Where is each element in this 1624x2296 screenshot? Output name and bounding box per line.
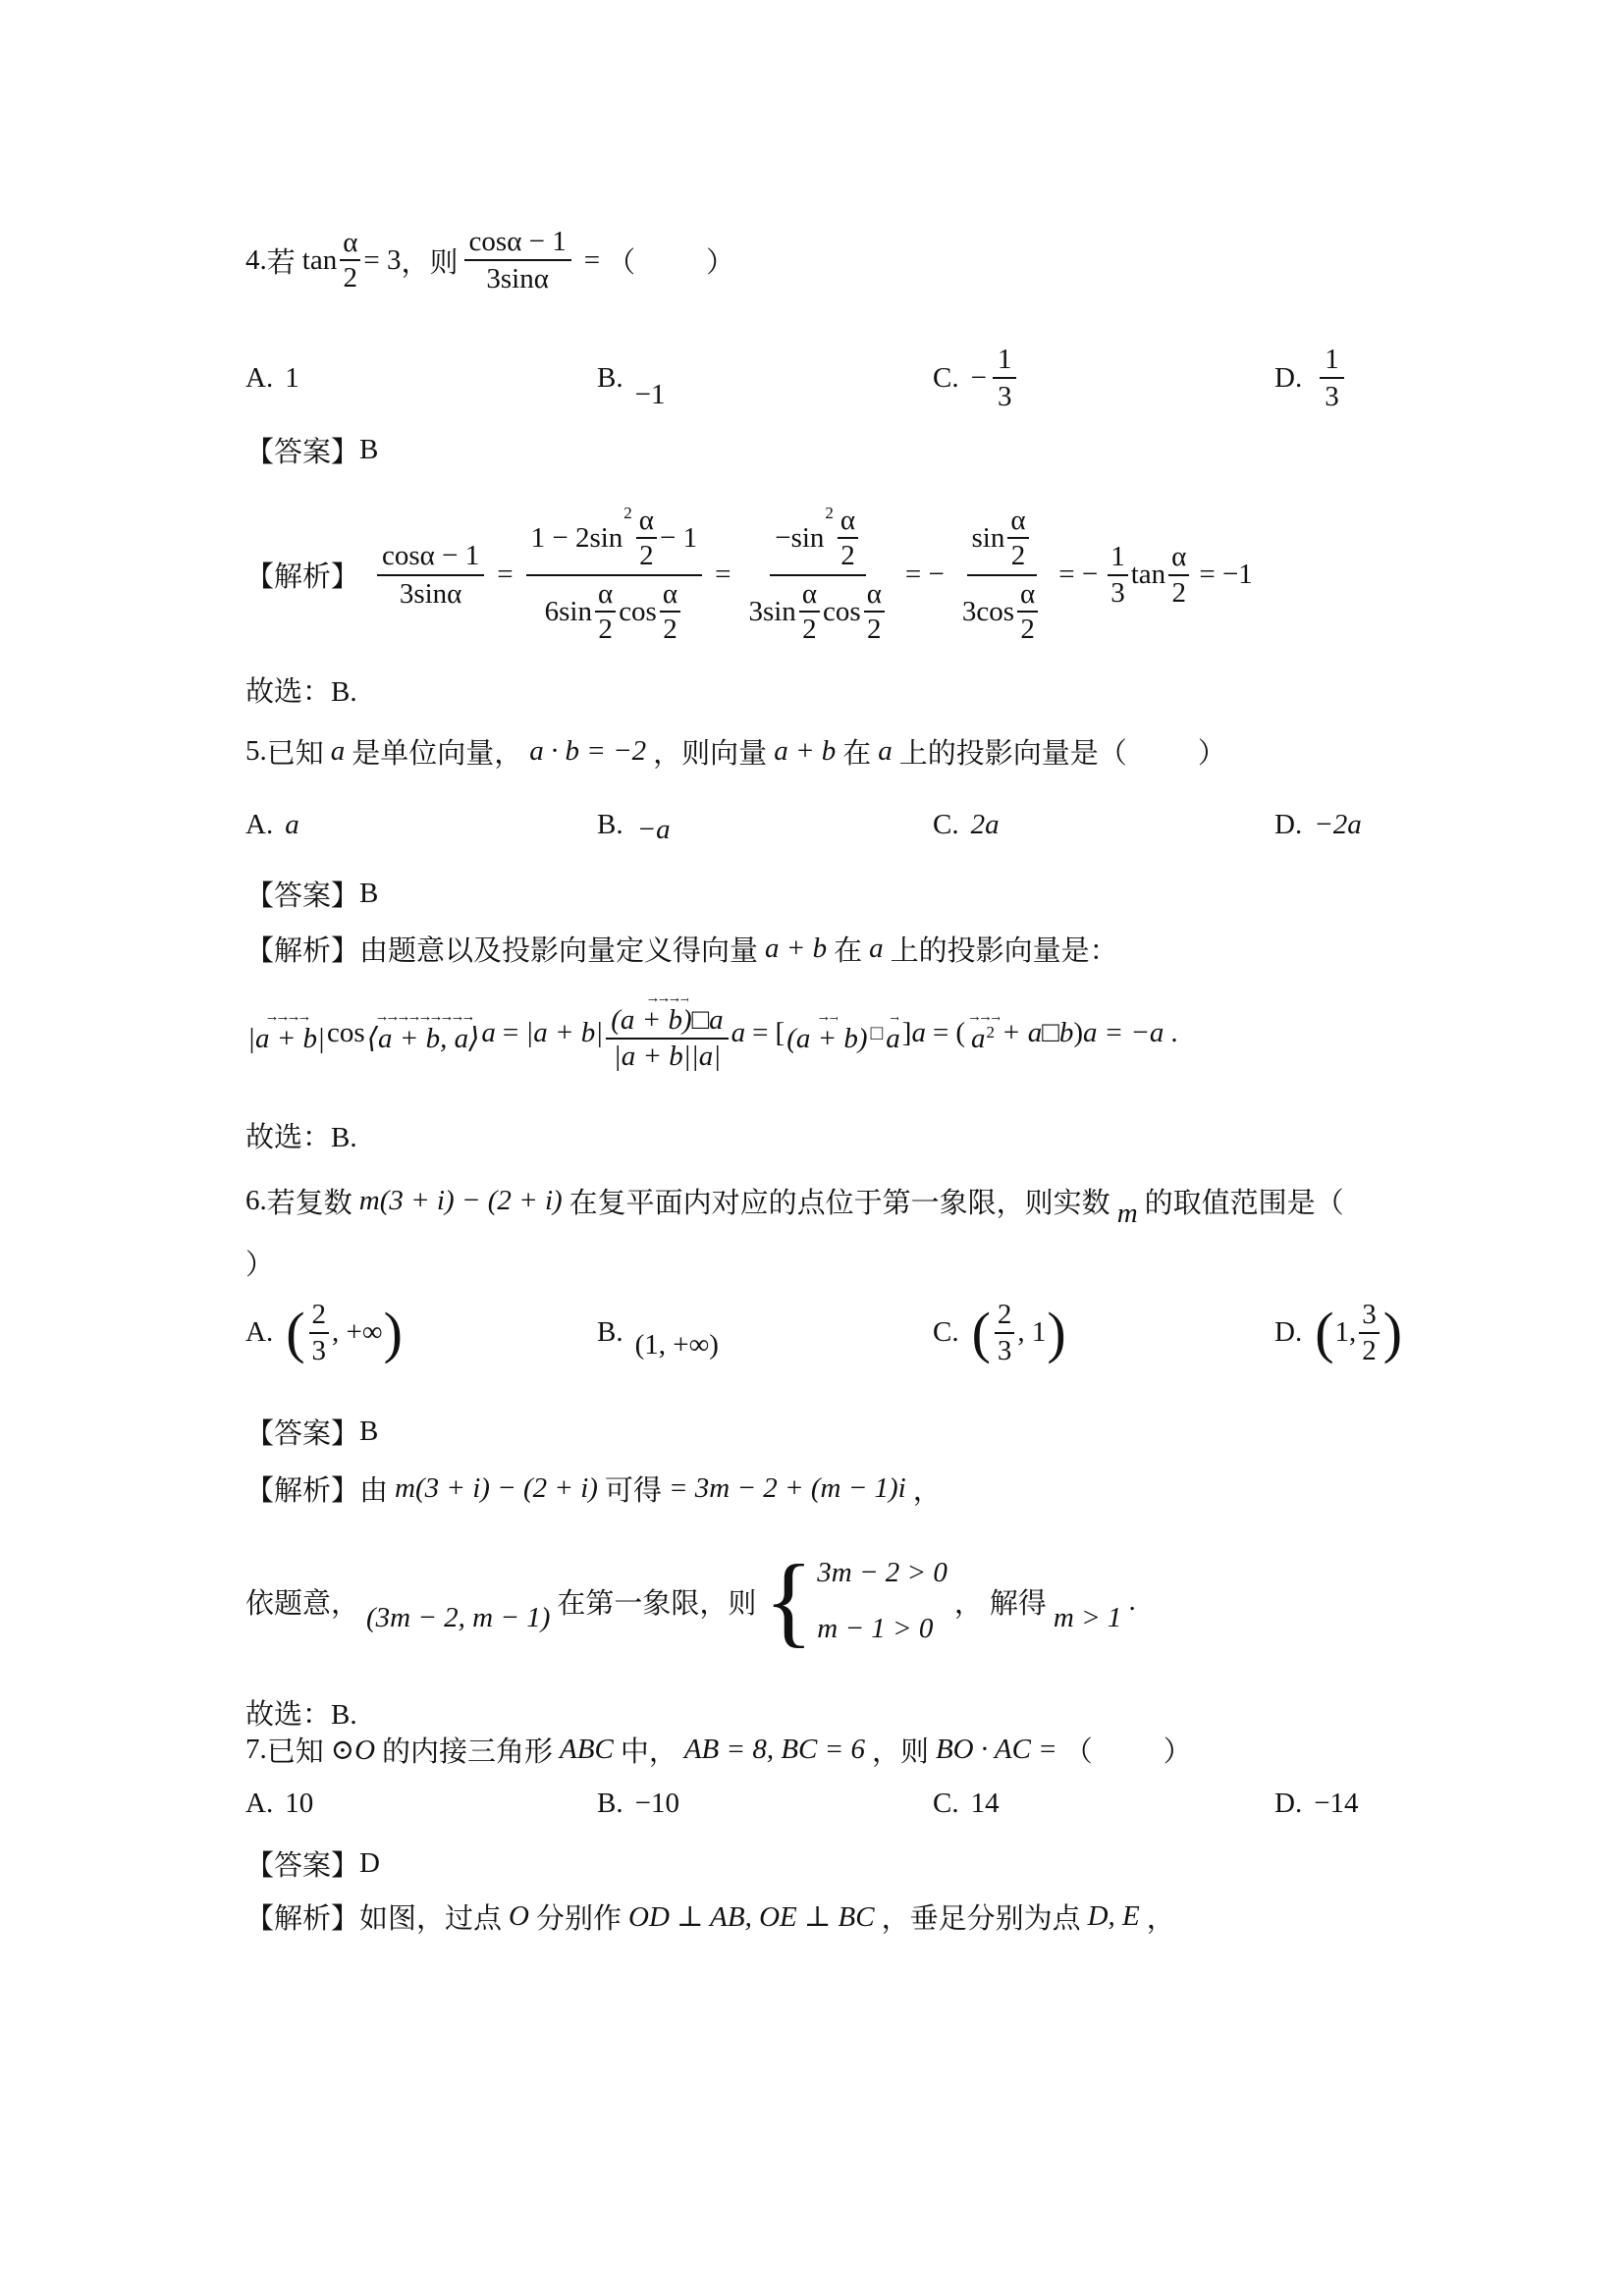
option-b: B. −10 [597,1779,679,1828]
stem-text: 已知 [267,1730,324,1770]
option-b: B. (1, +∞) [597,1276,719,1389]
equals-three: = 3 [363,244,401,277]
text-fragment: − 1 [660,522,697,554]
stem-text: ，则 [872,1730,929,1770]
equals-sign: = [715,559,731,591]
stem-text: 已知 [267,731,324,772]
question-5-solution-intro: 【解析】 由题意以及投影向量定义得向量 a + b 在 a 上的投影向量是： [245,927,1118,970]
question-4-solution: 【解析】 cosα − 1 3sinα = 1 − 2sin 2 α 2 − 1… [245,489,1253,661]
solution-text: 上的投影向量是： [891,929,1118,969]
equals-sign: = [497,559,513,591]
denominator: 3 [1320,379,1344,412]
fraction-alpha-over-2: α 2 [340,227,360,294]
dot-product-expression: BO · AC = [936,1734,1057,1766]
numerator: →→→→ (a + b)□a [606,993,728,1040]
fraction-one-third: 1 3 [993,344,1017,413]
stem-text: 在 [842,731,871,772]
vector-a: a [878,735,893,768]
option-d: D. −14 [1274,1779,1359,1828]
complex-expression: m(3 + i) − (2 + i) [359,1185,563,1217]
text-fragment: −sin [775,522,824,554]
question-number: 5. [245,735,267,768]
stem-text: 是单位向量， [352,731,522,772]
superscript-2: 2 [825,505,834,521]
numerator: sin α 2 [967,505,1037,576]
numerator: α [1168,541,1189,575]
option-label: D. [1274,1316,1302,1349]
triangle-abc: ABC [560,1734,614,1766]
denominator: 3 [993,379,1017,412]
numerator: α [864,578,885,613]
plus-a-dot-b: + a□b [1001,1017,1073,1049]
a-squared: a2 [971,1024,996,1055]
option-value: −14 [1314,1788,1358,1820]
option-label: A. [245,1788,273,1820]
text-fragment: 3sin [748,596,795,627]
a-plus-b-parenthesized: (a + b) [786,1024,867,1055]
text-fragment: 3cos [962,596,1014,627]
option-label: B. [597,1788,623,1820]
answer-label: 【答案】 [245,1412,359,1452]
cos-function: cos [327,1017,365,1049]
option-d: D. −2a [1274,790,1362,859]
vector-a: a [481,1017,496,1049]
close-paren: ) [1047,1305,1065,1362]
close-paren: ) [1073,1017,1083,1049]
numerator: 1 [1108,541,1128,575]
close-paren: ） [1164,1730,1192,1770]
vector-group: →→→→ (a + b)□a [611,993,723,1037]
vector-a: a [971,1023,986,1054]
side-lengths: AB = 8, BC = 6 [684,1734,865,1766]
option-value: −a [637,815,671,846]
text-fragment: cos [619,596,657,627]
angle-brackets: ⟨a + b, a⟩ [367,1024,480,1055]
close-paren: ） [1198,731,1226,772]
option-value: −10 [635,1788,679,1820]
denominator: |a + b||a| [611,1040,724,1072]
option-label: D. [1274,809,1302,841]
fraction-one-third: 1 3 [1108,541,1128,609]
denominator: 2 [799,613,820,645]
option-c: C. 14 [933,1779,1000,1828]
option-value: a [285,809,299,841]
option-label: B. [597,1316,623,1349]
vector-arrows: →→ [816,1012,838,1024]
numerator: α [1017,578,1038,613]
solution-text: 由 [359,1468,388,1509]
vector-group: → a [886,1012,900,1055]
vector-group: →→ (a + b) [786,1012,867,1055]
fraction-alpha-over-2: α 2 [660,578,680,646]
solution-label: 【解析】 [245,1468,359,1509]
option-label: A. [245,809,273,841]
option-a: A. 10 [245,1779,313,1828]
numerator: 1 [993,344,1017,379]
open-paren: ( [972,1305,991,1362]
numerator: α [636,505,657,539]
fraction-alpha-over-2: α 2 [1017,578,1038,646]
exam-solution-page: 4. 若 tan α 2 = 3 ， 则 cosα − 1 3sinα = （ … [0,0,1624,2296]
comma: ， [913,1468,942,1509]
question-5-conclusion: 故选：B. [245,1115,357,1154]
magnitude-a-plus-b: |a + b| [247,1024,325,1055]
answer-value: B [359,1415,378,1448]
denominator: 3sinα [395,576,467,610]
option-value: 10 [285,1788,313,1820]
question-7-solution: 【解析】 如图，过点 O 分别作 OD ⊥ AB, OE ⊥ BC ，垂足分别为… [245,1893,1175,1940]
dot-product-equation: a · b = −2 [529,735,646,768]
stem-text: 上的投影向量是 [899,731,1099,772]
question-6-solution-line2: 依题意， (3m − 2, m − 1) 在第一象限，则 { 3m − 2 > … [245,1543,1136,1659]
equals-sign: = [584,244,600,277]
open-paren: ( [286,1305,304,1362]
fraction-alpha-over-2: α 2 [595,578,616,646]
fraction: sin α 2 3cos α 2 [957,505,1046,646]
numerator: α [799,578,820,613]
vector-group: →→→ a2 [967,1012,1000,1055]
vector-arrows: →→→→ [265,1012,308,1024]
question-4-answer: 【答案】 B [245,428,378,471]
option-c: C. ( 2 3 , 1 ) [933,1276,1067,1389]
option-value: −2a [1314,809,1362,841]
question-7-answer: 【答案】 D [245,1842,380,1885]
numerator-expression: (a + b)□a [611,1005,723,1037]
question-5-vector-formula: →→→→ |a + b| cos →→→→→→→→→ ⟨a + b, a⟩ a … [245,982,1178,1085]
conclusion-text: 故选：B. [245,669,357,710]
fraction-one-third: 1 3 [1320,344,1344,413]
option-value: −1 [635,379,666,411]
close-paren: ) [384,1305,403,1362]
option-label: A. [245,362,273,395]
point-o: O [509,1900,529,1933]
option-label: D. [1274,362,1302,395]
period: . [1170,1017,1177,1049]
question-4-stem: 4. 若 tan α 2 = 3 ， 则 cosα − 1 3sinα = （ … [245,206,734,314]
question-5-stem: 5. 已知 a 是单位向量， a · b = −2 ，则向量 a + b 在 a… [245,728,1226,774]
point-coordinates: (3m − 2, m − 1) [366,1602,550,1634]
option-label: C. [933,809,959,841]
numerator: α [660,578,680,613]
open-paren: ( [1315,1305,1333,1362]
vector-a-plus-b: a + b [774,735,836,768]
numerator: −sin 2 α 2 [770,505,866,576]
answer-label: 【答案】 [245,430,359,470]
interval-rest: , +∞ [332,1316,383,1349]
solution-text: 在 [834,929,862,969]
text-fragment: sin [972,522,1005,554]
denominator: 2 [660,613,680,645]
text-fragment: cos [823,596,861,627]
tan-function: tan [302,244,337,277]
solution-label: 【解析】 [245,929,359,969]
fraction-two-thirds: 2 3 [309,1299,330,1366]
option-a: A. 1 [245,324,299,432]
answer-label: 【答案】 [245,1843,359,1884]
superscript-2: 2 [623,505,632,521]
result-expression: = 3m − 2 + (m − 1)i [669,1472,906,1505]
interval-rest: , 1 [1017,1316,1046,1349]
question-number: 4. [245,244,267,277]
vector-a: a [731,1017,746,1049]
minus-sign: − [971,362,987,395]
option-a: A. a [245,790,299,859]
answer-value: D [359,1847,380,1880]
solution-text: 如图，过点 [359,1896,502,1937]
interval-start: 1, [1335,1316,1357,1349]
numerator: 2 [309,1299,330,1333]
option-d: D. 1 3 [1274,324,1350,432]
numerator: α [1007,505,1028,539]
fraction-alpha-over-2: α 2 [799,578,820,646]
option-d: D. ( 1, 3 2 ) [1274,1276,1403,1389]
denominator: 2 [1017,613,1038,645]
stem-text: 中， [621,1730,677,1770]
equals-minus: = − [905,559,945,591]
close-bracket: ] [902,1017,912,1049]
option-label: C. [933,362,959,395]
tan-function: tan [1131,559,1165,591]
vector-a: a [869,933,884,965]
stem-text: ，则向量 [653,731,767,772]
solution-text: 在第一象限，则 [557,1581,756,1622]
question-number: 7. [245,1734,267,1766]
fraction-alpha-over-2: α 2 [636,505,657,572]
question-4-conclusion: 故选：B. [245,669,357,709]
numerator: cosα − 1 [377,540,484,575]
fraction-three-halves: 3 2 [1359,1299,1380,1366]
numerator: 1 [1320,344,1344,379]
option-a: A. ( 2 3 , +∞ ) [245,1276,404,1389]
option-value: 2a [971,809,1000,841]
solution-text: 可得 [605,1468,662,1509]
question-7-stem: 7. 已知 ⊙O 的内接三角形 ABC 中， AB = 8, BC = 6 ，则… [245,1726,1192,1773]
answer-value: B [359,434,378,466]
equals-sign: = [933,1017,948,1049]
vector-with-arrow: | −a [637,803,671,846]
equals-sign: = [503,1017,518,1049]
solution-text: 解得 [990,1581,1047,1622]
solution-label: 【解析】 [245,555,359,595]
option-label: A. [245,1316,273,1349]
equals-minus-one: = −1 [1199,559,1252,591]
vector-group: →→→→→→→→→ ⟨a + b, a⟩ [367,1012,480,1055]
fraction: →→→→ (a + b)□a |a + b||a| [606,993,728,1072]
equals-sign: = [752,1017,768,1049]
points-d-e: D, E [1088,1900,1140,1933]
solution-text: ，垂足分别为点 [882,1896,1081,1937]
equals-minus: = − [1058,559,1098,591]
question-5-answer: 【答案】 B [245,872,378,915]
denominator: 3sin α 2 cos α 2 [743,576,892,646]
fraction: 1 − 2sin 2 α 2 − 1 6sin α 2 cos α 2 [526,505,703,646]
vector-arrows: →→→→→→→→→ [375,1012,472,1024]
question-6-solution-line1: 【解析】 由 m(3 + i) − (2 + i) 可得 = 3m − 2 + … [245,1463,942,1514]
stem-text: 在复平面内对应的点位于第一象限，则实数 [569,1181,1110,1221]
fraction-alpha-over-2: α 2 [1007,505,1028,572]
option-value: (1, +∞) [635,1329,719,1362]
option-value: 14 [971,1788,1000,1820]
numerator: α [340,227,360,261]
vector-a: a [1083,1017,1098,1049]
variable-m: m [1117,1198,1138,1230]
numerator: cosα − 1 [464,226,571,261]
vector-a: a [886,1024,900,1055]
magnitude-a-plus-b: |a + b| [525,1017,603,1049]
option-label: B. [597,809,623,841]
solution-text: 由题意以及投影向量定义得向量 [359,929,758,969]
text-fragment: 6sin [545,596,592,627]
equals-minus-a: = −a [1105,1017,1164,1049]
open-paren: （ [1099,731,1127,772]
superscript-2: 2 [986,1023,995,1041]
denominator: 2 [1168,576,1189,609]
fraction: −sin 2 α 2 3sin α 2 cos α 2 [743,505,892,646]
perpendicular-constructions: OD ⊥ AB, OE ⊥ BC [628,1899,875,1934]
comma: ， [954,1581,983,1622]
stem-text: 若复数 [267,1181,352,1221]
stem-text: 的取值范围是（ [1145,1181,1344,1221]
option-c: C. 2a [933,790,1000,859]
complex-expression: m(3 + i) − (2 + i) [395,1472,598,1505]
open-paren: ( [955,1017,965,1049]
inequality-system: 3m − 2 > 0 m − 1 > 0 [817,1557,947,1645]
denominator: 2 [864,613,885,645]
solution-text: 分别作 [536,1896,622,1937]
question-6-stem: 6. 若复数 m(3 + i) − (2 + i) 在复平面内对应的点位于第一象… [245,1178,1344,1223]
conclusion-text: 故选：B. [245,1115,357,1155]
stem-text: 若 [267,240,296,281]
stem-text: 则 [430,240,459,281]
numerator: 3 [1359,1299,1380,1333]
question-number: 6. [245,1185,267,1217]
option-b: B. | −a [597,790,673,859]
option-label: C. [933,1316,959,1349]
denominator: 2 [1008,539,1029,571]
comma: ， [1147,1896,1175,1937]
inequality-2: m − 1 > 0 [817,1613,933,1645]
open-bracket: [ [776,1017,785,1049]
close-paren: ） [706,240,734,281]
option-c: C. − 1 3 [933,324,1022,432]
option-label: C. [933,1788,959,1820]
answer-label: 【答案】 [245,874,359,914]
denominator: 3 [1108,576,1128,609]
denominator: 3sinα [481,261,554,294]
option-b: B. −1 [597,324,665,432]
fraction-two-thirds: 2 3 [995,1299,1015,1366]
question-6-answer: 【答案】 B [245,1410,378,1453]
solution-text: 依题意， [245,1581,359,1622]
denominator: 3 [309,1334,330,1366]
text-fragment: 1 − 2sin [531,522,623,554]
close-paren: ) [1383,1305,1402,1362]
vector-arrow: → [888,1012,898,1024]
vector-a: a [911,1017,926,1049]
vector-a-plus-b: a + b [765,933,827,965]
numerator: 2 [995,1299,1015,1333]
denominator: 2 [341,261,361,294]
option-label: B. [597,362,623,395]
option-label: D. [1274,1788,1302,1820]
fraction-alpha-over-2: α 2 [864,578,885,646]
period: . [1128,1585,1135,1618]
denominator: 3 [995,1334,1015,1366]
inequality-1: 3m − 2 > 0 [817,1557,947,1589]
circle-o: ⊙O [331,1733,375,1767]
denominator: 2 [1359,1334,1380,1366]
answer-value: B [359,878,378,910]
open-paren: （ [1064,1730,1093,1770]
option-value: 1 [285,362,299,395]
vector-group: →→→→ |a + b| [247,1012,325,1055]
denominator: 6sin α 2 cos α 2 [540,576,688,646]
fraction-cos-expression: cosα − 1 3sinα [464,226,571,295]
denominator: 2 [595,613,616,645]
numerator: α [595,578,616,613]
open-paren: （ [607,240,635,281]
vector-a: a [331,735,346,768]
stem-text: 的内接三角形 [382,1730,553,1770]
denominator: 2 [838,539,858,571]
fraction-alpha-over-2: α 2 [1168,541,1189,609]
solution-inequality: m > 1 [1054,1602,1122,1634]
denominator: 2 [636,539,657,571]
numerator: 1 − 2sin 2 α 2 − 1 [526,505,703,576]
dot-operator-box: □ [871,1021,884,1045]
fraction: cosα − 1 3sinα [377,540,484,610]
fraction-alpha-over-2: α 2 [838,505,858,572]
denominator: 3cos α 2 [957,576,1046,646]
solution-label: 【解析】 [245,1896,359,1937]
numerator: α [838,505,858,539]
comma: ， [402,240,430,281]
